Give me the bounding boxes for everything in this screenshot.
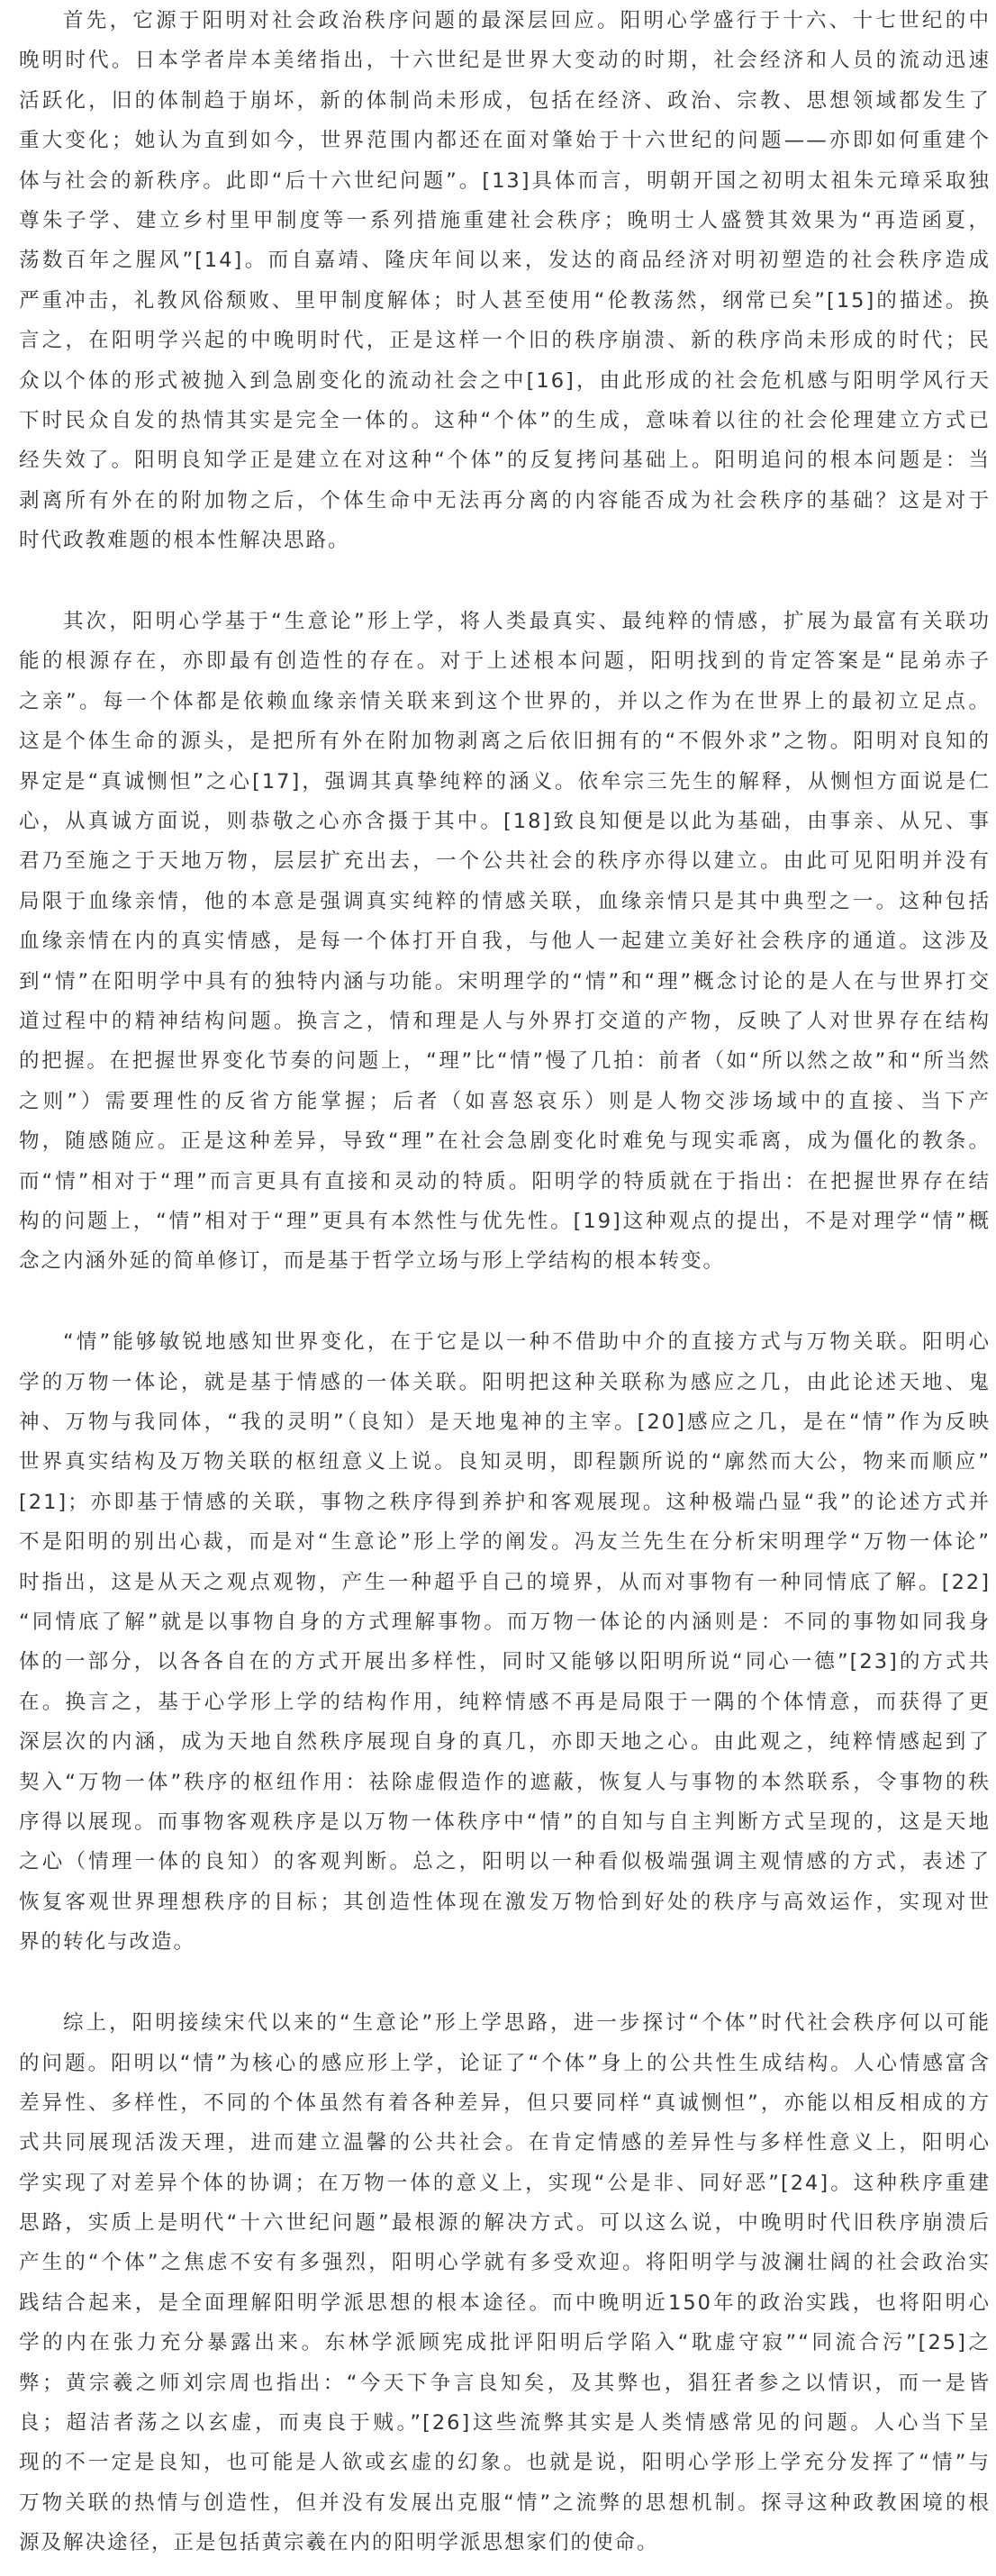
text-line: 神、万物与我同体，“我的灵明”（良知）是天地鬼神的主宰。[20]感应之几，是在“… <box>19 1402 991 1442</box>
paragraph-2: 其次，阳明心学基于“生意论”形上学，将人类最真实、最纯粹的情感，扩展为最富有关联… <box>19 602 991 1282</box>
text-line: 的问题。阳明以“情”为核心的感应形上学，论证了“个体”身上的公共性生成结构。人心… <box>19 2044 991 2083</box>
text-line: 界的转化与改造。 <box>19 1922 991 1962</box>
text-line: 恢复客观世界理想秩序的目标；其创造性体现在激发万物恰到好处的秩序与高效运作，实现… <box>19 1882 991 1922</box>
text-line: 剥离所有外在的附加物之后，个体生命中无法再分离的内容能否成为社会秩序的基础？这是… <box>19 481 991 521</box>
text-line: 践结合起来，是全面理解阳明学派思想的根本途径。而中晚明近150年的政治实践，也将… <box>19 2283 991 2323</box>
text-line: “情”能够敏锐地感知世界变化，在于它是以一种不借助中介的直接方式与万物关联。阳明… <box>19 1322 991 1362</box>
text-line: 血缘亲情在内的真实情感，是每一个体打开自我，与他人一起建立美好社会秩序的通道。这… <box>19 921 991 961</box>
text-line: 心，从真诚方面说，则恭敬之心亦含摄于其中。[18]致良知便是以此为基础，由事亲、… <box>19 802 991 841</box>
text-line: 道过程中的精神结构问题。换言之，情和理是人与外界打交道的产物，反映了人对世界存在… <box>19 1002 991 1041</box>
text-line: 到“情”在阳明学中具有的独特内涵与功能。宋明理学的“情”和“理”概念讨论的是人在… <box>19 962 991 1002</box>
paragraph-4: 综上，阳明接续宋代以来的“生意论”形上学思路，进一步探讨“个体”时代社会秩序何以… <box>19 2003 991 2562</box>
paragraph-1: 首先，它源于阳明对社会政治秩序问题的最深层回应。阳明心学盛行于十六、十七世纪的中… <box>19 1 991 560</box>
text-line: 综上，阳明接续宋代以来的“生意论”形上学思路，进一步探讨“个体”时代社会秩序何以… <box>19 2003 991 2043</box>
text-line: 体与社会的新秩序。此即“后十六世纪问题”。[13]具体而言，明朝开国之初明太祖朱… <box>19 161 991 201</box>
text-line: 经失效了。阳明良知学正是建立在对这种“个体”的反复拷问基础上。阳明追问的根本问题… <box>19 440 991 480</box>
text-line: 不是阳明的别出心裁，而是对“生意论”形上学的阐发。冯友兰先生在分析宋明理学“万物… <box>19 1522 991 1562</box>
text-line: 而“情”相对于“理”而言更具有直接和灵动的特质。阳明学的特质就在于指出：在把握世… <box>19 1162 991 1202</box>
text-line: 其次，阳明心学基于“生意论”形上学，将人类最真实、最纯粹的情感，扩展为最富有关联… <box>19 602 991 641</box>
text-line: 现的不一定是良知，也可能是人欲或玄虚的幻象。也就是说，阳明心学形上学充分发挥了“… <box>19 2443 991 2482</box>
text-line: 言之，在阳明学兴起的中晚明时代，正是这样一个旧的秩序崩溃、新的秩序尚未形成的时代… <box>19 321 991 360</box>
text-line: 之亲”。每一个体都是依赖血缘亲情关联来到这个世界的，并以之作为在世界上的最初立足… <box>19 682 991 721</box>
text-line: 能的根源存在，亦即最有创造性的存在。对于上述根本问题，阳明找到的肯定答案是“昆弟… <box>19 641 991 681</box>
text-line: 之则”）需要理性的反省方能掌握；后者（如喜怒哀乐）则是人物交涉场域中的直接、当下… <box>19 1082 991 1121</box>
text-line: 严重冲击，礼教风俗颓败、里甲制度解体；时人甚至使用“伦教荡然，纲常已矣”[15]… <box>19 281 991 321</box>
text-line: 晚明时代。日本学者岸本美绪指出，十六世纪是世界大变动的时期，社会经济和人员的流动… <box>19 41 991 80</box>
paragraph-3: “情”能够敏锐地感知世界变化，在于它是以一种不借助中介的直接方式与万物关联。阳明… <box>19 1322 991 1962</box>
text-line: 众以个体的形式被抛入到急剧变化的流动社会之中[16]，由此形成的社会危机感与阳明… <box>19 361 991 401</box>
text-line: 界定是“真诚恻怛”之心[17]，强调其真挚纯粹的涵义。依牟宗三先生的解释，从恻怛… <box>19 762 991 802</box>
text-line: 君乃至施之于天地万物，层层扩充出去，一个公共社会的秩序亦得以建立。由此可见阳明并… <box>19 841 991 881</box>
text-line: 首先，它源于阳明对社会政治秩序问题的最深层回应。阳明心学盛行于十六、十七世纪的中 <box>19 1 991 41</box>
text-line: 这是个体生命的源头，是把所有外在附加物剥离之后依旧拥有的“不假外求”之物。阳明对… <box>19 721 991 761</box>
text-line: 之心（情理一体的良知）的客观判断。总之，阳明以一种看似极端强调主观情感的方式，表… <box>19 1842 991 1882</box>
text-line: 序得以展现。而事物客观秩序是以万物一体秩序中“情”的自知与自主判断方式呈现的，这… <box>19 1802 991 1842</box>
text-line: 差异性、多样性，不同的个体虽然有着各种差异，但只要同样“真诚恻怛”，亦能以相反相… <box>19 2083 991 2123</box>
text-line: 世界真实结构及万物关联的枢纽意义上说。良知灵明，即程颢所说的“廓然而大公，物来而… <box>19 1442 991 1482</box>
text-line: 局限于血缘亲情，他的本意是强调真实纯粹的情感关联，血缘亲情只是其中典型之一。这种… <box>19 882 991 921</box>
text-line: 物，随感随应。正是这种差异，导致“理”在社会急剧变化时难免与现实乖离，成为僵化的… <box>19 1121 991 1161</box>
text-line: 下时民众自发的热情其实是完全一体的。这种“个体”的生成，意味着以往的社会伦理建立… <box>19 401 991 440</box>
text-line: 体的一部分，以各各自在的方式开展出多样性，同时又能够以阳明所说“同心一德”[23… <box>19 1642 991 1682</box>
text-line: [21]；亦即基于情感的关联，事物之秩序得到养护和客观展现。这种极端凸显“我”的… <box>19 1483 991 1522</box>
text-line: 构的问题上，“情”相对于“理”更具有本然性与优先性。[19]这种观点的提出，不是… <box>19 1202 991 1241</box>
text-line: 活跃化，旧的体制趋于崩坏，新的体制尚未形成，包括在经济、政治、宗教、思想领域都发… <box>19 81 991 121</box>
text-line: 重大变化；她认为直到如今，世界范围内都还在面对肇始于十六世纪的问题——亦即如何重… <box>19 121 991 160</box>
text-line: 式共同展现活泼天理，进而建立温馨的公共社会。在肯定情感的差异性与多样性意义上，阳… <box>19 2123 991 2163</box>
text-line: 时代政教难题的根本性解决思路。 <box>19 521 991 560</box>
text-line: 的把握。在把握世界变化节奏的问题上，“理”比“情”慢了几拍：前者（如“所以然之故… <box>19 1041 991 1081</box>
text-line: “同情底了解”就是以事物自身的方式理解事物。而万物一体论的内涵则是：不同的事物如… <box>19 1602 991 1642</box>
text-line: 思路，实质上是明代“十六世纪问题”最根源的解决方式。可以这么说，中晚明时代旧秩序… <box>19 2203 991 2243</box>
text-line: 弊；黄宗羲之师刘宗周也指出：“今天下争言良知矣，及其弊也，猖狂者参之以情识，而一… <box>19 2363 991 2403</box>
text-line: 尊朱子学、建立乡村里甲制度等一系列措施重建社会秩序；晚明士人盛赞其效果为“再造函… <box>19 201 991 240</box>
text-line: 时指出，这是从天之观点观物，产生一种超乎自己的境界，从而对事物有一种同情底了解。… <box>19 1563 991 1602</box>
text-line: 学实现了对差异个体的协调；在万物一体的意义上，实现“公是非、同好恶”[24]。这… <box>19 2163 991 2203</box>
text-line: 学的万物一体论，就是基于情感的一体关联。阳明把这种关联称为感应之几，由此论述天地… <box>19 1363 991 1402</box>
text-line: 产生的“个体”之焦虑不安有多强烈，阳明心学就有多受欢迎。将阳明学与波澜壮阔的社会… <box>19 2243 991 2282</box>
article-body: 首先，它源于阳明对社会政治秩序问题的最深层回应。阳明心学盛行于十六、十七世纪的中… <box>0 0 996 2563</box>
text-line: 契入“万物一体”秩序的枢纽作用：祛除虚假造作的遮蔽，恢复人与事物的本然联系，令事… <box>19 1763 991 1802</box>
text-line: 源及解决途径，正是包括黄宗羲在内的阳明学派思想家们的使命。 <box>19 2523 991 2562</box>
text-line: 念之内涵外延的简单修订，而是基于哲学立场与形上学结构的根本转变。 <box>19 1241 991 1281</box>
text-line: 学的内在张力充分暴露出来。东林学派顾宪成批评阳明后学陷入“耽虚守寂”“同流合污”… <box>19 2323 991 2363</box>
text-line: 良；超洁者荡之以玄虚，而夷良于贼。”[26]这些流弊其实是人类情感常见的问题。人… <box>19 2403 991 2443</box>
text-line: 深层次的内涵，成为天地自然秩序展现自身的真几，亦即天地之心。由此观之，纯粹情感起… <box>19 1722 991 1762</box>
text-line: 在。换言之，基于心学形上学的结构作用，纯粹情感不再是局限于一隅的个体情意，而获得… <box>19 1683 991 1722</box>
text-line: 万物关联的热情与创造性，但并没有发展出克服“情”之流弊的思想机制。探寻这种政教困… <box>19 2483 991 2523</box>
text-line: 荡数百年之腥风”[14]。而自嘉靖、隆庆年间以来，发达的商品经济对明初塑造的社会… <box>19 240 991 280</box>
